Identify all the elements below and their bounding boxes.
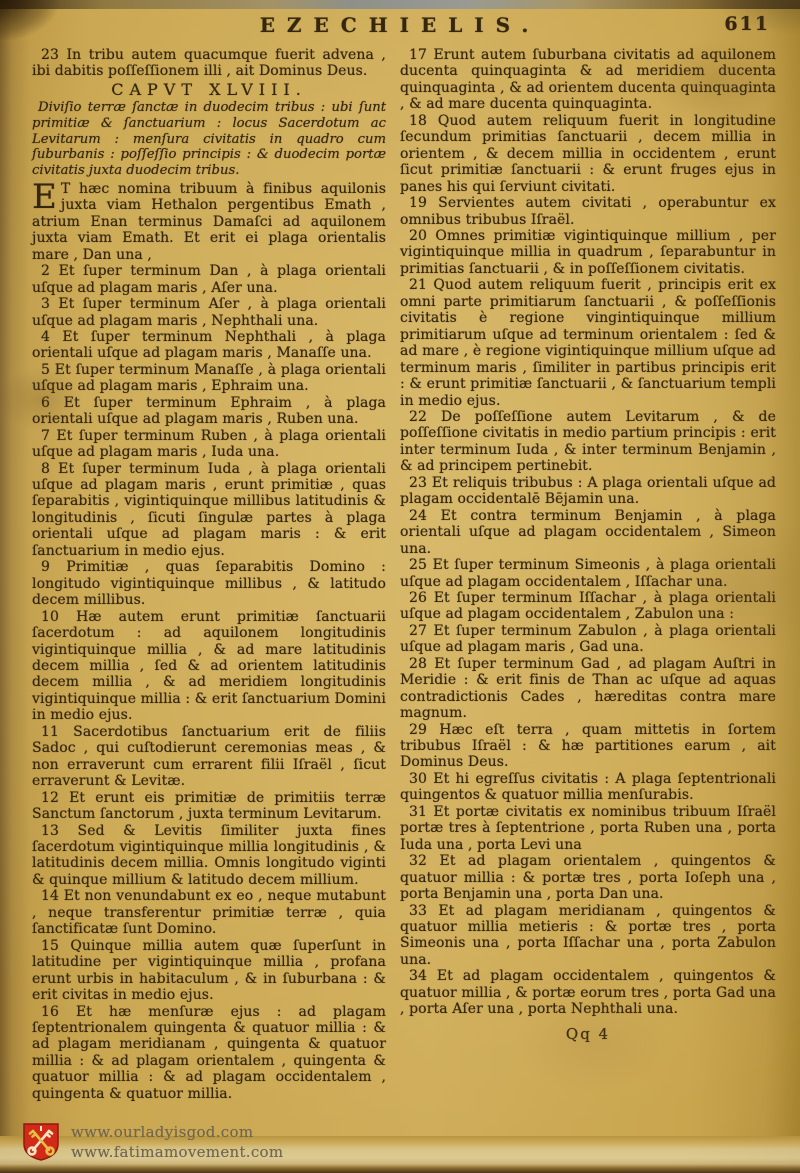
watermark-url-1: www.ourladyisgod.com — [71, 1122, 283, 1142]
left-column: 23 In tribu autem quacumque fuerit adven… — [32, 47, 386, 1129]
verse-paragraph: 20 Omnes primitiæ vigintiquinque millium… — [400, 228, 776, 277]
running-head: EZECHIELIS. 611 — [0, 0, 800, 43]
verse-paragraph: 4 Et ſuper terminum Nephthali , à plaga … — [32, 329, 386, 362]
watermark-url-2: www.fatimamovement.com — [71, 1142, 283, 1162]
verse-paragraph: 22 De poſſeſſione autem Levitarum , & de… — [400, 409, 776, 475]
verse-paragraph: 28 Et ſuper terminum Gad , ad plagam Auſ… — [400, 656, 776, 722]
verse-paragraph: 19 Servientes autem civitati , operabunt… — [400, 195, 776, 228]
signature-mark: Qq 4 — [400, 1026, 776, 1042]
verse-paragraph: 18 Quod autem reliquum fuerit in longitu… — [400, 113, 776, 195]
verse-paragraph: ET hæc nomina tribuum à finibus aquiloni… — [32, 181, 386, 263]
verse-paragraph: 10 Hæ autem erunt primitiæ ſanctuarii ſa… — [32, 609, 386, 724]
verse-paragraph: 24 Et contra terminum Benjamin , à plaga… — [400, 508, 776, 557]
right-verse-list: 17 Erunt autem ſuburbana civitatis ad aq… — [400, 47, 776, 1018]
verse-paragraph: 9 Primitiæ , quas ſeparabitis Domino : l… — [32, 559, 386, 608]
watermark-urls: www.ourladyisgod.com www.fatimamovement.… — [71, 1122, 283, 1162]
verse-paragraph: 25 Et ſuper terminum Simeonis , à plaga … — [400, 557, 776, 590]
verse-paragraph: 26 Et ſuper terminum Iſſachar , à plaga … — [400, 590, 776, 623]
verse-paragraph: 11 Sacerdotibus ſanctuarium erit de fili… — [32, 724, 386, 790]
verse-paragraph: 7 Et ſuper terminum Ruben , à plaga orie… — [32, 428, 386, 461]
text-columns: 23 In tribu autem quacumque fuerit adven… — [0, 43, 800, 1129]
verse-paragraph: 32 Et ad plagam orientalem , quingentos … — [400, 853, 776, 902]
scanned-book-page: EZECHIELIS. 611 23 In tribu autem quacum… — [0, 0, 800, 1173]
verse-paragraph: 16 Et hæ menſuræ ejus : ad plagam ſepten… — [32, 1004, 386, 1103]
verse-paragraph: 12 Et erunt eis primitiæ de primitiis te… — [32, 790, 386, 823]
verse-paragraph: 5 Et ſuper terminum Manaſſe , à plaga or… — [32, 362, 386, 395]
verse-paragraph: 23 Et reliquis tribubus : A plaga orient… — [400, 475, 776, 508]
verse-paragraph: 13 Sed & Levitis ſimiliter juxta fines ſ… — [32, 823, 386, 889]
drop-cap-initial: E — [32, 181, 61, 211]
verse-paragraph: 3 Et ſuper terminum Aſer , à plaga orien… — [32, 296, 386, 329]
verse-paragraph: 30 Et hi egreſſus civitatis : A plaga ſe… — [400, 771, 776, 804]
chapter-heading: CAPVT XLVIII. — [32, 82, 386, 98]
verse-paragraph: 33 Et ad plagam meridianam , quingentos … — [400, 903, 776, 969]
verse-paragraph: 6 Et ſuper terminum Ephraim , à plaga or… — [32, 395, 386, 428]
right-column: 17 Erunt autem ſuburbana civitatis ad aq… — [400, 47, 776, 1129]
left-verse-list: 2 Et ſuper terminum Dan , à plaga orient… — [32, 263, 386, 1102]
page-number: 611 — [724, 13, 770, 35]
watermark: www.ourladyisgod.com www.fatimamovement.… — [22, 1122, 283, 1162]
verse-paragraph: 8 Et ſuper terminum Iuda , à plaga orien… — [32, 461, 386, 560]
verse-paragraph: 29 Hæc eſt terra , quam mittetis in ſort… — [400, 722, 776, 771]
verse-paragraph: 17 Erunt autem ſuburbana civitatis ad aq… — [400, 47, 776, 113]
verse-paragraph: 27 Et ſuper terminum Zabulon , à plaga o… — [400, 623, 776, 656]
verse-paragraph: 34 Et ad plagam occidentalem , quingento… — [400, 968, 776, 1017]
verse-text: T hæc nomina tribuum à finibus aquilonis… — [32, 181, 386, 263]
chapter-argument: Diviſio terræ ſanctæ in duodecim tribus … — [32, 100, 386, 179]
verse-paragraph: 23 In tribu autem quacumque fuerit adven… — [32, 47, 386, 80]
verse-paragraph: 14 Et non venundabunt ex eo , neque muta… — [32, 888, 386, 937]
verse-paragraph: 31 Et portæ civitatis ex nominibus tribu… — [400, 804, 776, 853]
book-title: EZECHIELIS. — [0, 13, 800, 37]
crossed-keys-shield-icon — [22, 1122, 60, 1162]
verse-paragraph: 21 Quod autem reliquum fuerit , principi… — [400, 277, 776, 409]
verse-paragraph: 2 Et ſuper terminum Dan , à plaga orient… — [32, 263, 386, 296]
verse-paragraph: 15 Quinque millia autem quæ ſuperſunt in… — [32, 938, 386, 1004]
